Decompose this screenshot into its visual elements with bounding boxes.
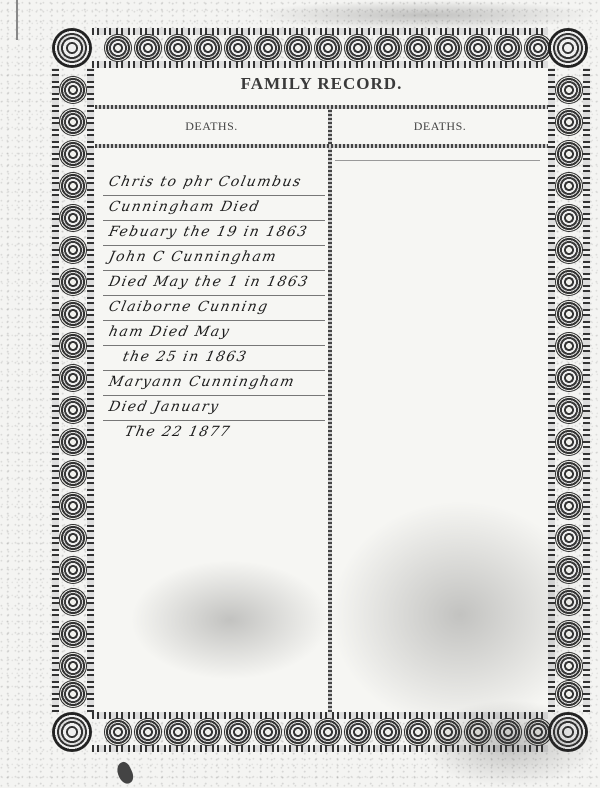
- rosette-icon: [555, 460, 583, 488]
- handwritten-entry: Maryann Cunningham: [107, 374, 296, 390]
- rosette-icon: [374, 34, 402, 62]
- ruled-line: [103, 395, 325, 396]
- handwritten-entry: Died January: [107, 399, 221, 415]
- rosette-icon: [134, 718, 162, 746]
- rosette-icon: [555, 428, 583, 456]
- rosette-icon: [224, 34, 252, 62]
- rosette-icon: [224, 718, 252, 746]
- rosette-icon: [555, 588, 583, 616]
- scan-smudge: [250, 0, 600, 30]
- rosette-icon: [134, 34, 162, 62]
- rosette-icon: [344, 34, 372, 62]
- greek-key-strip: [548, 68, 555, 712]
- corner-rosette-icon: [548, 712, 588, 752]
- rosette-icon: [555, 268, 583, 296]
- page-title: FAMILY RECORD.: [95, 74, 548, 94]
- rosette-icon: [194, 718, 222, 746]
- rosette-icon: [555, 172, 583, 200]
- handwritten-entry: Cunningham Died: [107, 199, 261, 215]
- rosette-icon: [59, 428, 87, 456]
- rosette-icon: [555, 300, 583, 328]
- title-divider: [95, 105, 548, 109]
- rosette-icon: [284, 718, 312, 746]
- ruled-line: [103, 320, 325, 321]
- border-left-band: [52, 68, 94, 712]
- rosette-icon: [404, 34, 432, 62]
- handwritten-entry: Died May the 1 in 1863: [107, 274, 310, 290]
- rosette-icon: [555, 680, 583, 708]
- rosette-icon: [104, 34, 132, 62]
- rosette-icon: [555, 140, 583, 168]
- ruled-line: [103, 370, 325, 371]
- greek-key-strip: [92, 61, 548, 68]
- rosette-icon: [434, 718, 462, 746]
- greek-key-strip: [52, 68, 59, 712]
- rosette-icon: [284, 34, 312, 62]
- rosette-icon: [59, 332, 87, 360]
- border-top-band: [52, 28, 588, 68]
- rosette-icon: [254, 34, 282, 62]
- rosette-icon: [464, 718, 492, 746]
- rosette-icon: [434, 34, 462, 62]
- greek-key-strip: [87, 68, 94, 712]
- rosette-icon: [59, 680, 87, 708]
- rosette-icon: [59, 268, 87, 296]
- rosette-icon: [555, 236, 583, 264]
- header-divider: [95, 144, 548, 148]
- rosette-icon: [555, 620, 583, 648]
- rosette-icon: [59, 300, 87, 328]
- rosette-icon: [59, 492, 87, 520]
- rosette-icon: [59, 460, 87, 488]
- rosette-icon: [555, 332, 583, 360]
- corner-rosette-icon: [52, 28, 92, 68]
- rosette-icon: [164, 34, 192, 62]
- rosette-icon: [555, 492, 583, 520]
- rosette-icon: [555, 76, 583, 104]
- rosette-icon: [59, 396, 87, 424]
- rosette-icon: [555, 108, 583, 136]
- rosette-icon: [59, 172, 87, 200]
- rosette-icon: [555, 204, 583, 232]
- handwritten-entry: ham Died May: [107, 324, 231, 340]
- rosette-icon: [314, 34, 342, 62]
- rosette-icon: [59, 140, 87, 168]
- rosette-icon: [59, 236, 87, 264]
- corner-rosette-icon: [52, 712, 92, 752]
- rosette-icon: [344, 718, 372, 746]
- rosette-icon: [104, 718, 132, 746]
- rosette-icon: [555, 396, 583, 424]
- handwritten-entry: John C Cunningham: [107, 249, 278, 265]
- ruled-line: [335, 160, 540, 161]
- rosette-icon: [59, 108, 87, 136]
- rosette-icon: [59, 620, 87, 648]
- handwritten-entry: Febuary the 19 in 1863: [107, 224, 309, 240]
- greek-key-strip: [92, 745, 548, 752]
- rosette-icon: [59, 76, 87, 104]
- rosette-icon: [374, 718, 402, 746]
- ruled-line: [103, 420, 325, 421]
- handwritten-entry: the 25 in 1863: [121, 349, 249, 365]
- ink-blot: [114, 760, 136, 786]
- rosette-icon: [555, 556, 583, 584]
- rosette-icon: [555, 364, 583, 392]
- rosette-icon: [59, 524, 87, 552]
- rosette-icon: [59, 364, 87, 392]
- rosette-icon: [59, 556, 87, 584]
- rosette-icon: [59, 652, 87, 680]
- scan-edge-mark: [16, 0, 18, 40]
- ruled-line: [103, 245, 325, 246]
- rosette-icon: [555, 524, 583, 552]
- rosette-icon: [464, 34, 492, 62]
- handwritten-entry: Chris to phr Columbus: [107, 174, 303, 190]
- ruled-line: [103, 270, 325, 271]
- greek-key-strip: [583, 68, 590, 712]
- rosette-icon: [404, 718, 432, 746]
- rosette-icon: [194, 34, 222, 62]
- rosette-icon: [59, 204, 87, 232]
- ruled-line: [103, 345, 325, 346]
- handwritten-entry: The 22 1877: [123, 424, 232, 440]
- right-column-header: DEATHS.: [332, 119, 548, 134]
- border-right-band: [548, 68, 590, 712]
- rosette-icon: [314, 718, 342, 746]
- record-frame: FAMILY RECORD. DEATHS. DEATHS. Chris to …: [95, 68, 548, 712]
- ruled-line: [103, 295, 325, 296]
- border-bottom-band: [52, 712, 588, 752]
- rosette-icon: [254, 718, 282, 746]
- ruled-line: [103, 220, 325, 221]
- rosette-icon: [555, 652, 583, 680]
- rosette-icon: [164, 718, 192, 746]
- rosette-icon: [494, 34, 522, 62]
- handwritten-entry: Claiborne Cunning: [107, 299, 270, 315]
- rosette-icon: [494, 718, 522, 746]
- left-column-header: DEATHS.: [95, 119, 328, 134]
- corner-rosette-icon: [548, 28, 588, 68]
- rosette-icon: [59, 588, 87, 616]
- column-divider: [328, 109, 332, 712]
- ruled-line: [103, 195, 325, 196]
